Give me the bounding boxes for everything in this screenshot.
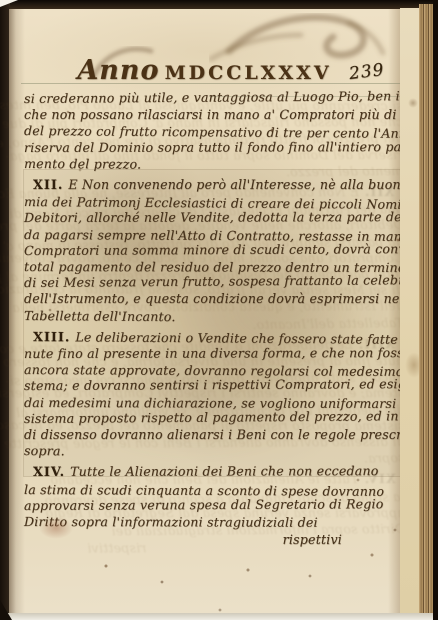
fore-edge-page-stack bbox=[419, 4, 433, 616]
page-bottom-edge bbox=[6, 613, 433, 620]
manuscript-line: dell'Istrumento, e questa condizione dov… bbox=[24, 291, 400, 307]
paragraph-xiv: XIV.Tutte le Alienazioni dei Beni che no… bbox=[24, 464, 400, 530]
folio-page-number: 239 bbox=[348, 60, 386, 84]
page-header: AnnoMDCCLXXXV bbox=[9, 55, 400, 86]
manuscript-line: XIV.Tutte le Alienazioni dei Beni che no… bbox=[24, 464, 400, 482]
paragraph-number: XIII. bbox=[24, 330, 70, 345]
photo-corner-highlight bbox=[0, 0, 18, 7]
photo-frame-top bbox=[0, 0, 438, 9]
manuscript-line: Compratori una somma minore di scudi cen… bbox=[24, 241, 400, 259]
manuscript-line: di dissenso dovranno alienarsi i Beni co… bbox=[24, 427, 400, 443]
catchword-signoff: rispettivi bbox=[24, 532, 400, 548]
foxing-specks bbox=[9, 9, 11, 11]
paragraph-number: XIV. bbox=[24, 465, 65, 480]
manuscript-line: mento del prezzo. bbox=[24, 156, 400, 174]
manuscript-line: sistema proposto rispetto al pagamento d… bbox=[24, 408, 400, 427]
paragraph-number: XII. bbox=[24, 178, 63, 193]
next-page-edge bbox=[400, 8, 420, 613]
manuscript-line: si crederanno più utile, e vantaggiosa a… bbox=[24, 88, 400, 107]
header-year-roman-numeral: MDCCLXXXV bbox=[165, 62, 332, 84]
manuscript-line: Diritto sopra l'informazioni stragiudizi… bbox=[24, 514, 400, 531]
paragraph-xii: XII.E Non convenendo però all'Interesse,… bbox=[24, 177, 400, 324]
photo-frame-right bbox=[433, 0, 438, 620]
manuscript-line: Debitori, allorché nelle Vendite, dedott… bbox=[24, 210, 400, 227]
manuscript-line: di sei Mesi senza verun frutto, sospesa … bbox=[24, 272, 400, 291]
manuscript-text-block: si crederanno più utile, e vantaggiosa a… bbox=[24, 91, 400, 548]
manuscript-line: nute fino al presente in una diversa for… bbox=[24, 345, 400, 362]
manuscript-line: che non possano rilasciarsi in mano a' C… bbox=[24, 107, 400, 123]
manuscript-line: XII.E Non convenendo però all'Interesse,… bbox=[24, 177, 400, 194]
manuscript-line: Tabelletta dell'Incanto. bbox=[24, 308, 400, 327]
manuscript-line: riserva del Dominio sopra tutto il fondo… bbox=[24, 139, 400, 156]
manuscript-line: stema; e dovranno sentirsi i rispettivi … bbox=[24, 377, 400, 395]
manuscript-line: approvarsi senza veruna spesa dal Segret… bbox=[24, 496, 400, 514]
photo-corner-shadow bbox=[0, 600, 12, 620]
paragraph-continuation: si crederanno più utile, e vantaggiosa a… bbox=[24, 91, 400, 172]
manuscript-page: AnnoMDCCLXXXV 239 si crederanno più util… bbox=[9, 9, 400, 613]
paragraph-xiii: XIII.Le deliberazioni o Vendite che foss… bbox=[24, 329, 400, 460]
header-anno-text: Anno bbox=[77, 55, 159, 86]
manuscript-line: sopra. bbox=[24, 443, 400, 462]
